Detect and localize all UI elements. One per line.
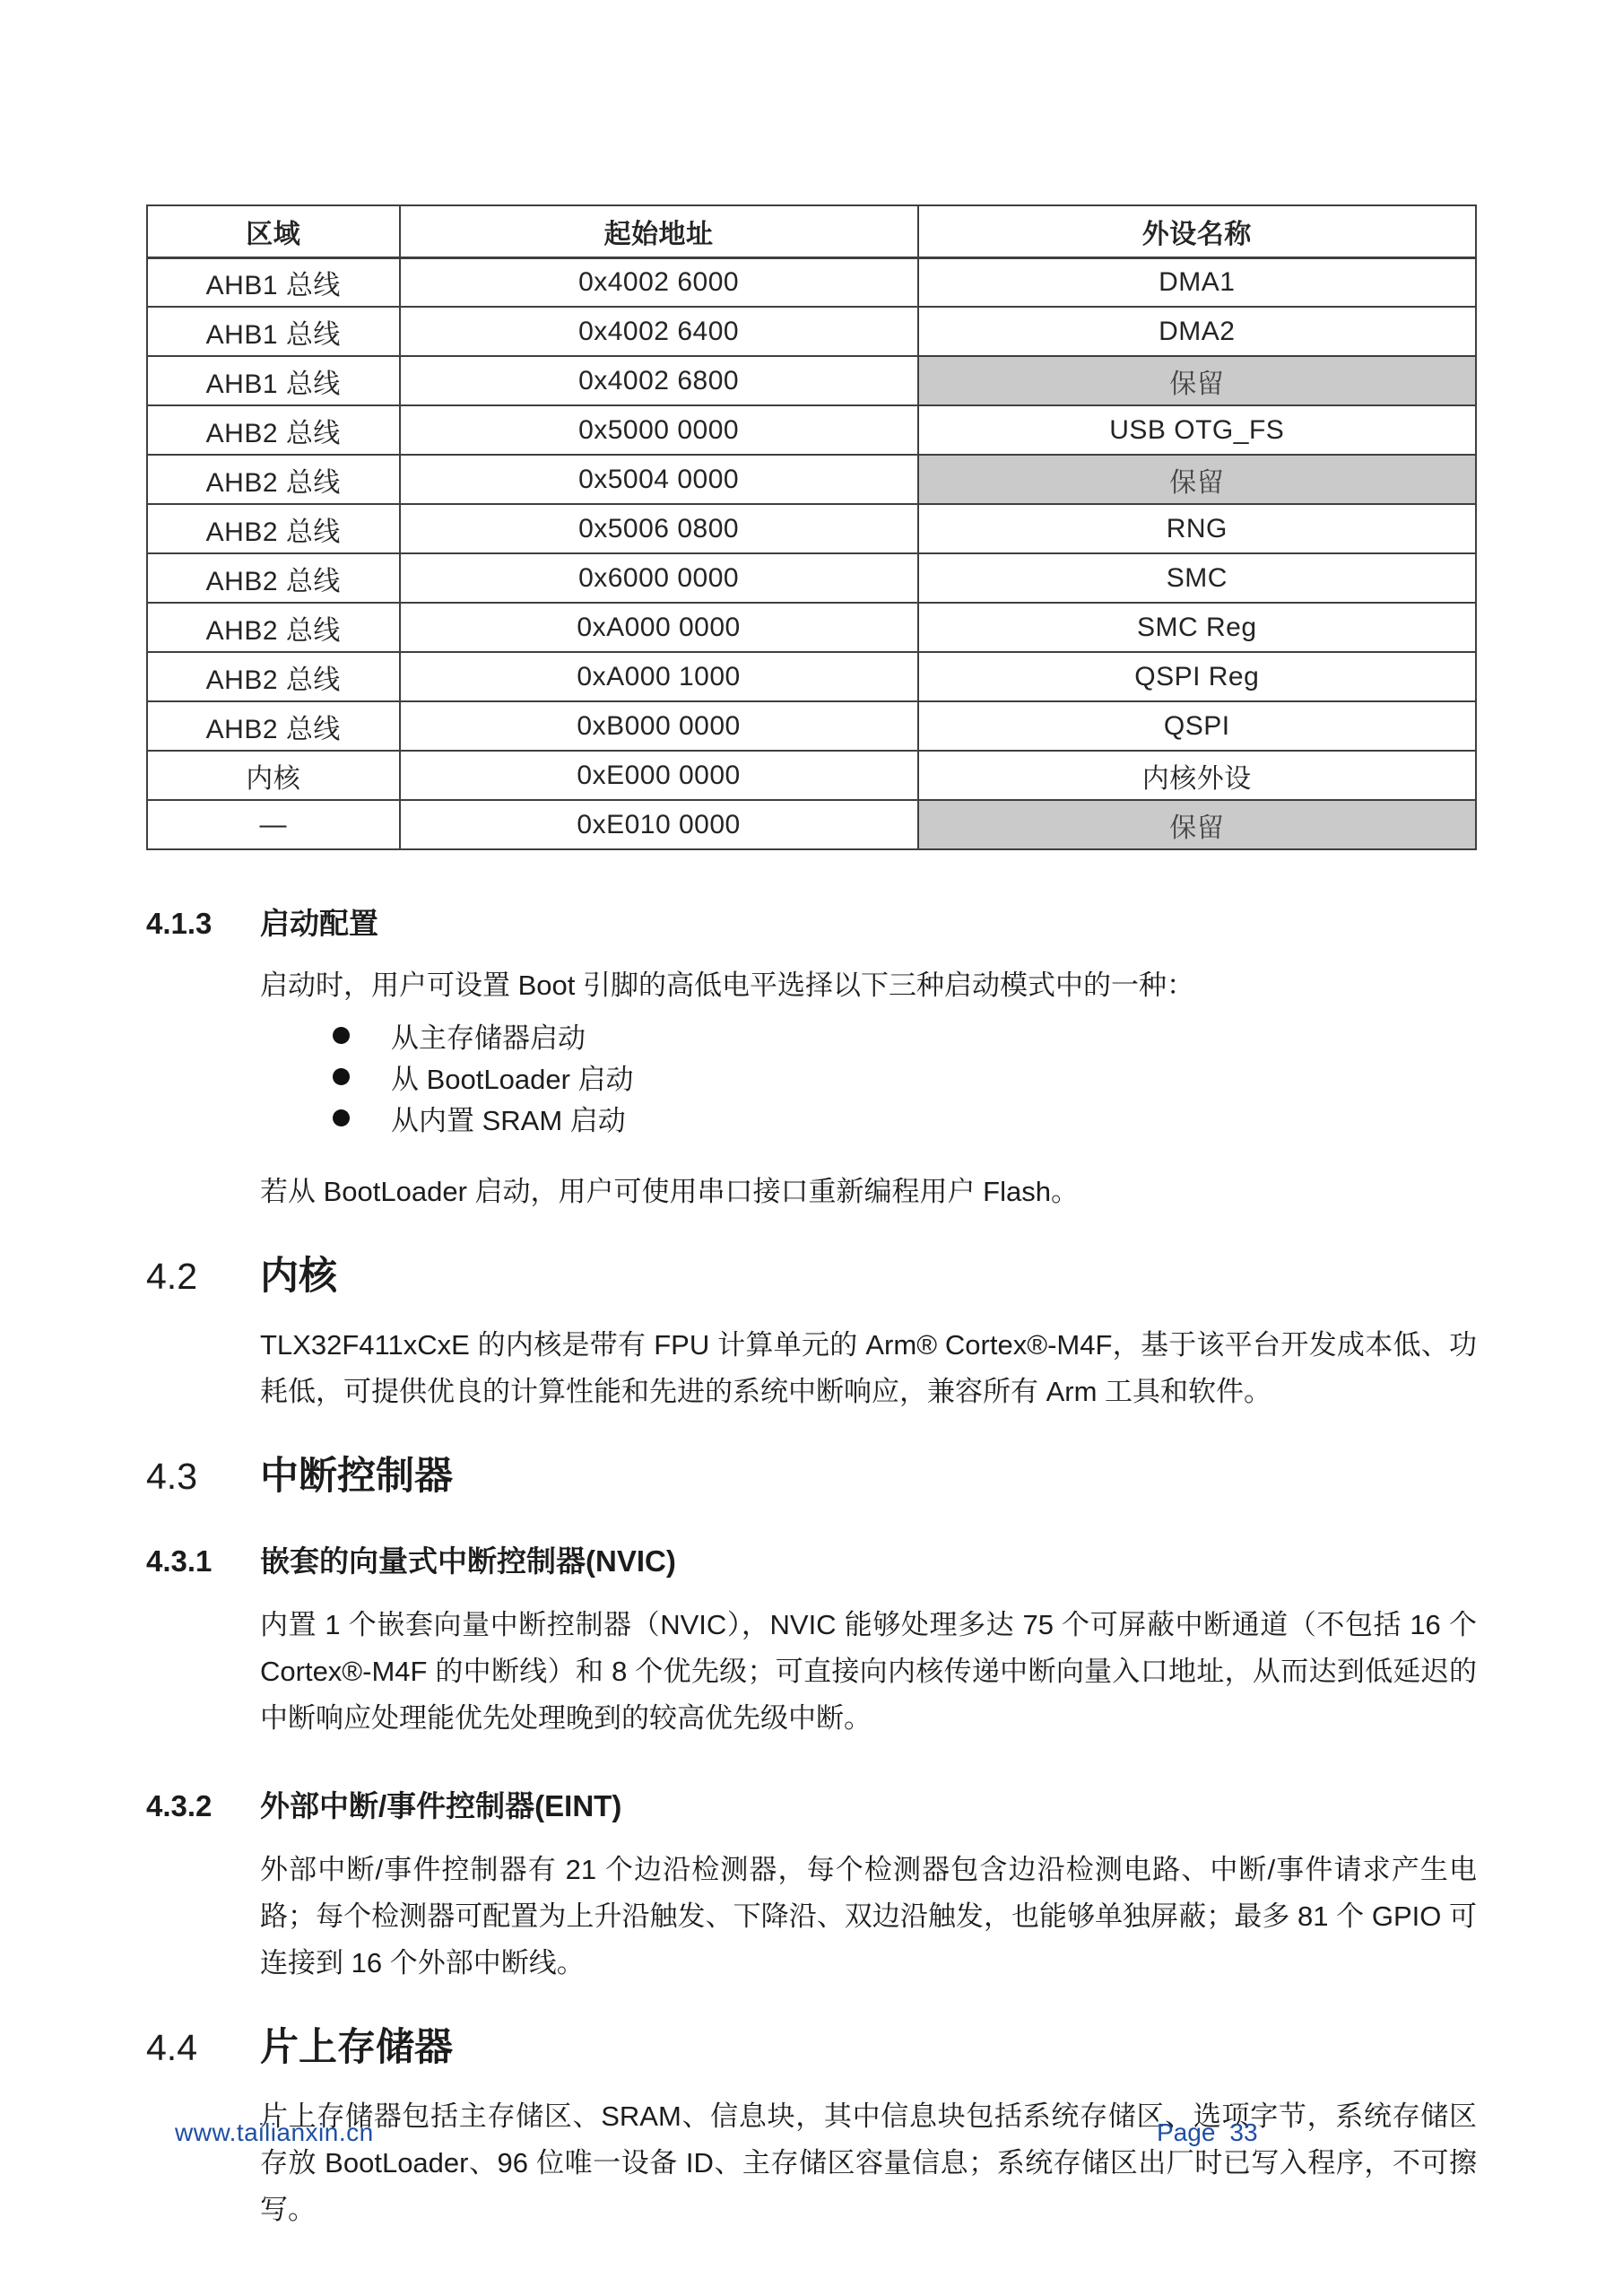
page-footer: www.tailianxin.cn Page 33 (146, 2118, 1477, 2154)
region-cell: AHB1 总线 (147, 356, 400, 405)
address-cell: 0x4002 6000 (400, 257, 918, 307)
region-cell: AHB2 总线 (147, 603, 400, 652)
website-link[interactable]: www.tailianxin.cn (175, 2118, 374, 2147)
peripheral-cell: USB OTG_FS (918, 405, 1476, 455)
document-page: 区域 起始地址 外设名称 AHB1 总线 0x4002 6000 DMA1 AH… (0, 0, 1623, 2296)
peripheral-cell-reserved: 保留 (918, 356, 1476, 405)
section-number: 4.3 (146, 1456, 260, 1498)
section-heading-4-3: 4.3 中断控制器 (146, 1446, 1477, 1500)
peripheral-cell: RNG (918, 504, 1476, 553)
table-row: AHB2 总线 0x5004 0000 保留 (147, 455, 1476, 504)
table-row: AHB1 总线 0x4002 6000 DMA1 (147, 257, 1476, 307)
bullet-icon (333, 1068, 350, 1085)
address-cell: 0x4002 6800 (400, 356, 918, 405)
section-heading-4-4: 4.4 片上存储器 (146, 2017, 1477, 2072)
region-cell: AHB2 总线 (147, 504, 400, 553)
header-start-address: 起始地址 (400, 205, 918, 257)
region-cell: AHB2 总线 (147, 652, 400, 701)
boot-modes-list: 从主存储器启动 从 BootLoader 启动 从内置 SRAM 启动 (333, 1014, 1477, 1138)
table-row: AHB1 总线 0x4002 6800 保留 (147, 356, 1476, 405)
peripheral-cell: SMC Reg (918, 603, 1476, 652)
region-cell: AHB2 总线 (147, 405, 400, 455)
memory-map-table: 区域 起始地址 外设名称 AHB1 总线 0x4002 6000 DMA1 AH… (146, 204, 1477, 850)
table-header-row: 区域 起始地址 外设名称 (147, 205, 1476, 257)
section-title: 外部中断/事件控制器(EINT) (260, 1783, 621, 1825)
region-cell: 内核 (147, 751, 400, 800)
list-item: 从主存储器启动 (333, 1014, 1477, 1056)
address-cell: 0x5004 0000 (400, 455, 918, 504)
peripheral-cell: 内核外设 (918, 751, 1476, 800)
peripheral-cell: QSPI Reg (918, 652, 1476, 701)
page-number-value: 33 (1229, 2118, 1257, 2147)
list-item-label: 从 BootLoader 启动 (391, 1057, 634, 1097)
core-paragraph: TLX32F411xCxE 的内核是带有 FPU 计算单元的 Arm® Cort… (260, 1322, 1477, 1415)
peripheral-cell-reserved: 保留 (918, 800, 1476, 849)
section-title: 嵌套的向量式中断控制器(NVIC) (260, 1538, 676, 1580)
address-cell: 0xE000 0000 (400, 751, 918, 800)
section-title: 片上存储器 (260, 2017, 453, 2072)
page-number: Page 33 (1157, 2118, 1258, 2147)
bullet-icon (333, 1109, 350, 1126)
peripheral-cell-reserved: 保留 (918, 455, 1476, 504)
table-row: AHB2 总线 0x5000 0000 USB OTG_FS (147, 405, 1476, 455)
region-cell: AHB2 总线 (147, 701, 400, 751)
region-cell: AHB1 总线 (147, 257, 400, 307)
table-row: AHB2 总线 0xB000 0000 QSPI (147, 701, 1476, 751)
onchip-memory-paragraph: 片上存储器包括主存储区、SRAM、信息块，其中信息块包括系统存储区、选项字节，系… (260, 2093, 1477, 2233)
eint-paragraph: 外部中断/事件控制器有 21 个边沿检测器，每个检测器包含边沿检测电路、中断/事… (260, 1847, 1477, 1987)
region-cell: AHB1 总线 (147, 307, 400, 356)
list-item: 从 BootLoader 启动 (333, 1056, 1477, 1097)
section-number: 4.3.1 (146, 1544, 260, 1578)
peripheral-cell: QSPI (918, 701, 1476, 751)
section-title: 中断控制器 (260, 1446, 453, 1500)
table-row: — 0xE010 0000 保留 (147, 800, 1476, 849)
table-row: AHB2 总线 0xA000 1000 QSPI Reg (147, 652, 1476, 701)
address-cell: 0x5006 0800 (400, 504, 918, 553)
list-item-label: 从内置 SRAM 启动 (391, 1098, 626, 1138)
table-row: AHB2 总线 0x5006 0800 RNG (147, 504, 1476, 553)
header-peripheral-name: 外设名称 (918, 205, 1476, 257)
section-heading-4-1-3: 4.1.3 启动配置 (146, 900, 1477, 943)
section-number: 4.1.3 (146, 907, 260, 941)
page-content: 区域 起始地址 外设名称 AHB1 总线 0x4002 6000 DMA1 AH… (0, 0, 1623, 2233)
peripheral-cell: DMA2 (918, 307, 1476, 356)
region-cell: — (147, 800, 400, 849)
address-cell: 0xE010 0000 (400, 800, 918, 849)
address-cell: 0x4002 6400 (400, 307, 918, 356)
address-cell: 0x5000 0000 (400, 405, 918, 455)
section-number: 4.2 (146, 1256, 260, 1298)
address-cell: 0xA000 1000 (400, 652, 918, 701)
header-region: 区域 (147, 205, 400, 257)
peripheral-cell: DMA1 (918, 257, 1476, 307)
list-item-label: 从主存储器启动 (391, 1015, 586, 1056)
page-number-label: Page (1157, 2118, 1215, 2147)
region-cell: AHB2 总线 (147, 455, 400, 504)
section-heading-4-2: 4.2 内核 (146, 1246, 1477, 1300)
list-item: 从内置 SRAM 启动 (333, 1097, 1477, 1138)
boot-config-outro: 若从 BootLoader 启动，用户可使用串口接口重新编程用户 Flash。 (260, 1169, 1477, 1215)
section-title: 内核 (260, 1246, 337, 1300)
table-row: AHB2 总线 0xA000 0000 SMC Reg (147, 603, 1476, 652)
table-row: AHB2 总线 0x6000 0000 SMC (147, 553, 1476, 603)
address-cell: 0x6000 0000 (400, 553, 918, 603)
address-cell: 0xA000 0000 (400, 603, 918, 652)
region-cell: AHB2 总线 (147, 553, 400, 603)
section-number: 4.3.2 (146, 1789, 260, 1823)
nvic-paragraph: 内置 1 个嵌套向量中断控制器（NVIC），NVIC 能够处理多达 75 个可屏… (260, 1602, 1477, 1742)
boot-config-intro: 启动时，用户可设置 Boot 引脚的高低电平选择以下三种启动模式中的一种： (260, 962, 1477, 1009)
peripheral-cell: SMC (918, 553, 1476, 603)
address-cell: 0xB000 0000 (400, 701, 918, 751)
bullet-icon (333, 1027, 350, 1044)
table-row: 内核 0xE000 0000 内核外设 (147, 751, 1476, 800)
section-heading-4-3-2: 4.3.2 外部中断/事件控制器(EINT) (146, 1783, 1477, 1825)
section-number: 4.4 (146, 2027, 260, 2069)
section-heading-4-3-1: 4.3.1 嵌套的向量式中断控制器(NVIC) (146, 1538, 1477, 1580)
section-title: 启动配置 (260, 900, 378, 943)
table-row: AHB1 总线 0x4002 6400 DMA2 (147, 307, 1476, 356)
